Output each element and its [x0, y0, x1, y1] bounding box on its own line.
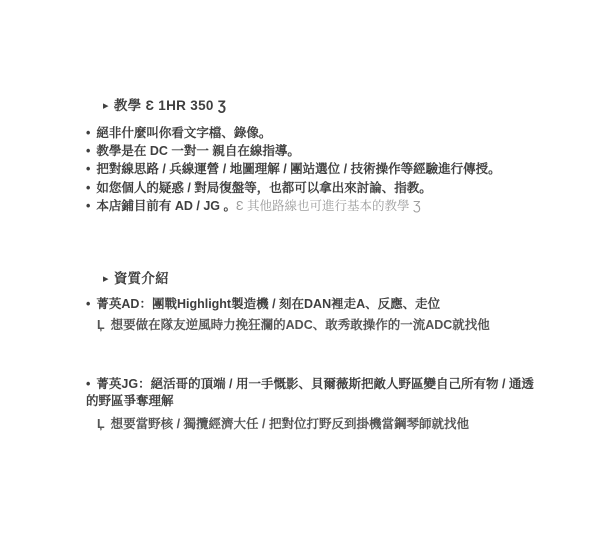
- qualification-entry-jg: •菁英JG：絕活哥的頂端 / 用一手慨影、貝爾薇斯把敵人野區變自己所有物 / 通…: [86, 376, 538, 410]
- teaching-bullet-text: 把對線思路 / 兵線運營 / 地圖理解 / 團站選位 / 技術操作等經驗進行傳授…: [96, 162, 500, 176]
- dot-bullet-icon: •: [86, 162, 90, 176]
- teaching-bullet-item: •教學是在 DC 一對一 親自在線指導。: [86, 142, 536, 160]
- entry-headline: 菁英AD：團戰Highlight製造機 / 刻在DAN裡走A、反應、走位: [96, 297, 440, 311]
- teaching-bullet-item: •把對線思路 / 兵線運營 / 地圖理解 / 團站選位 / 技術操作等經驗進行傳…: [86, 160, 536, 178]
- return-arrow-icon: Ļ: [97, 318, 105, 332]
- teaching-bullet-list: •絕非什麼叫你看文字檔、錄像。 •教學是在 DC 一對一 親自在線指導。 •把對…: [86, 124, 536, 215]
- dot-bullet-icon: •: [86, 126, 90, 140]
- section-header-teaching: ▸教學 Ɛ 1HR 350 Ʒ: [103, 94, 226, 114]
- entry-subline-ad: Ļ想要做在隊友逆風時力挽狂瀾的ADC、敢秀敢操作的一流ADC就找他: [97, 315, 490, 333]
- entry-subline-jg: Ļ想要當野核 / 獨攬經濟大任 / 把對位打野反到掛機當鋼琴師就找他: [97, 414, 469, 432]
- section-header-qualifications: ▸資質介紹: [103, 267, 169, 287]
- teaching-bullet-text: 如您個人的疑惑 / 對局復盤等，也都可以拿出來討論、指教。: [96, 181, 431, 195]
- triangle-bullet-icon: ▸: [103, 100, 109, 112]
- teaching-title: 教學: [114, 98, 142, 113]
- dot-bullet-icon: •: [86, 297, 90, 311]
- teaching-bullet-note: Ɛ 其他路線也可進行基本的教學 Ʒ: [236, 199, 421, 213]
- teaching-bullet-text: 絕非什麼叫你看文字檔、錄像。: [96, 126, 271, 140]
- dot-bullet-icon: •: [86, 144, 90, 158]
- triangle-bullet-icon: ▸: [103, 273, 109, 285]
- dot-bullet-icon: •: [86, 199, 90, 213]
- qualifications-title: 資質介紹: [114, 271, 169, 286]
- teaching-bullet-text: 教學是在 DC 一對一 親自在線指導。: [96, 144, 299, 158]
- teaching-bullet-item: •如您個人的疑惑 / 對局復盤等，也都可以拿出來討論、指教。: [86, 179, 536, 197]
- price-tag: Ɛ 1HR 350 Ʒ: [146, 98, 227, 113]
- entry-subline-text: 想要當野核 / 獨攬經濟大任 / 把對位打野反到掛機當鋼琴師就找他: [111, 417, 469, 431]
- teaching-bullet-text: 本店鋪目前有 AD / JG 。: [96, 199, 236, 213]
- entry-headline: 菁英JG：絕活哥的頂端 / 用一手慨影、貝爾薇斯把敵人野區變自己所有物 / 通透…: [86, 377, 534, 408]
- teaching-bullet-item: •本店鋪目前有 AD / JG 。Ɛ 其他路線也可進行基本的教學 Ʒ: [86, 197, 536, 215]
- teaching-bullet-item: •絕非什麼叫你看文字檔、錄像。: [86, 124, 536, 142]
- return-arrow-icon: Ļ: [97, 417, 105, 431]
- qualification-entry-ad: •菁英AD：團戰Highlight製造機 / 刻在DAN裡走A、反應、走位: [86, 296, 538, 313]
- product-description-page: ▸教學 Ɛ 1HR 350 Ʒ •絕非什麼叫你看文字檔、錄像。 •教學是在 DC…: [0, 0, 607, 540]
- dot-bullet-icon: •: [86, 377, 90, 391]
- entry-subline-text: 想要做在隊友逆風時力挽狂瀾的ADC、敢秀敢操作的一流ADC就找他: [111, 318, 490, 332]
- dot-bullet-icon: •: [86, 181, 90, 195]
